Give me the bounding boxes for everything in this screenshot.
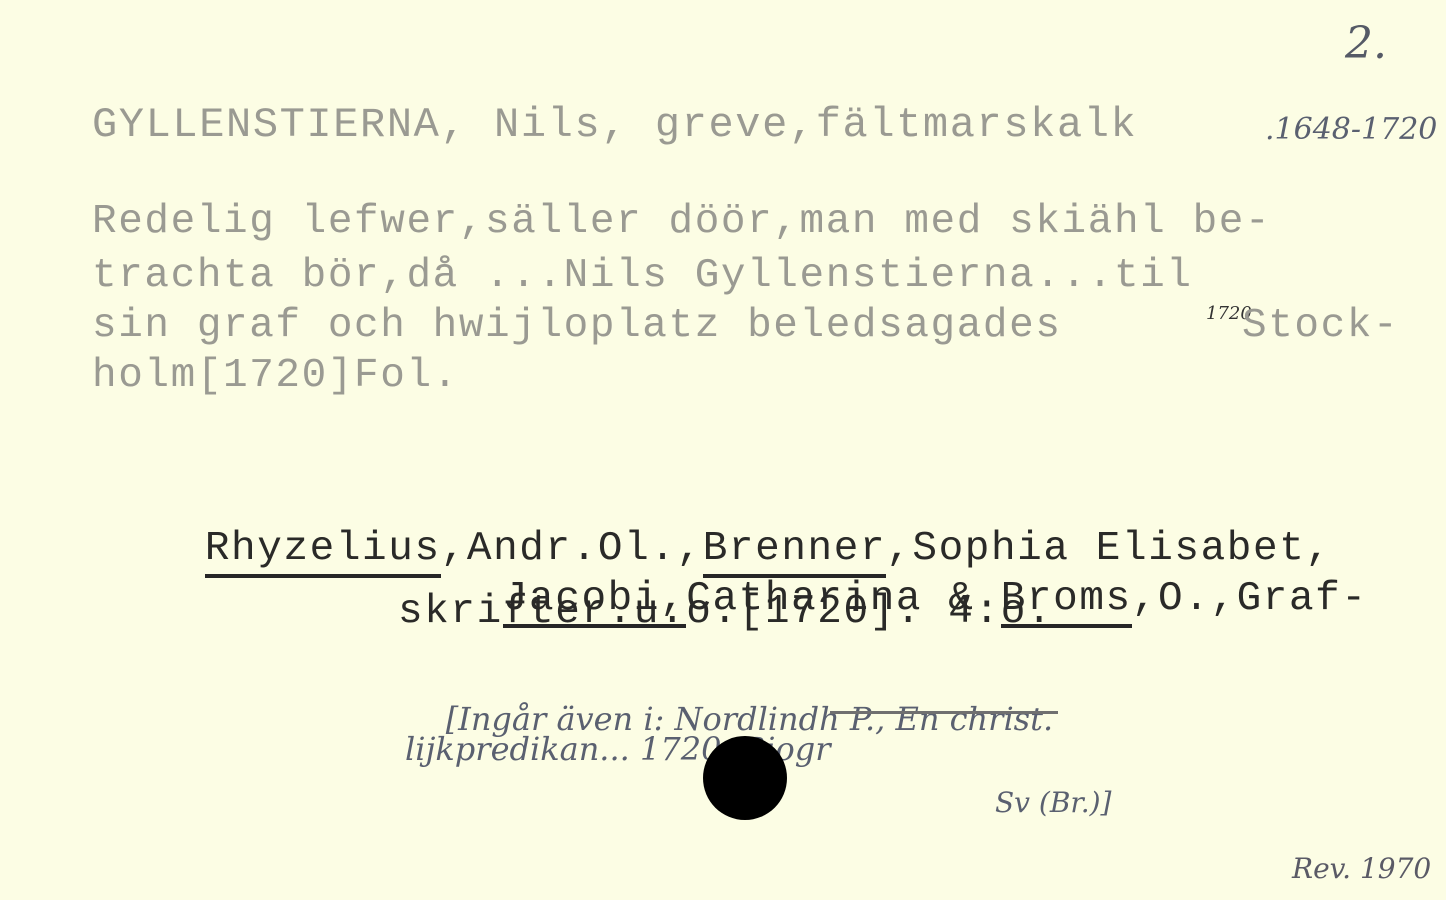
title-line-2: trachta bör,då ...Nils Gyllenstierna...t… bbox=[92, 256, 1193, 297]
note-ref-underline bbox=[830, 711, 1058, 714]
title-line-3-tail: Stock- bbox=[1242, 306, 1399, 347]
note-suffix: , En christ. bbox=[875, 700, 1053, 738]
heading-dates: .1648-1720 bbox=[1265, 112, 1437, 147]
entry-line-2-tail: ,O.,Graf- bbox=[1132, 576, 1368, 622]
revision-note: Rev. 1970 bbox=[1292, 852, 1431, 885]
entry-line-3: skrifter.u.o.[1720]. 4:o. bbox=[398, 592, 1053, 633]
title-line-3: sin graf och hwijloplatz beledsagades bbox=[92, 306, 1062, 347]
heading-name: GYLLENSTIERNA, Nils, greve,fältmarskalk bbox=[92, 104, 1137, 146]
page-number: 2. bbox=[1345, 18, 1387, 69]
handwritten-note-line-3: Sv (Br.)] bbox=[995, 786, 1111, 819]
catalog-card: 2. GYLLENSTIERNA, Nils, greve,fältmarska… bbox=[0, 0, 1446, 900]
title-line-4: holm[1720]Fol. bbox=[92, 356, 459, 397]
title-line-1: Redelig lefwer,säller döör,man med skiäh… bbox=[92, 202, 1271, 243]
punch-hole bbox=[703, 736, 787, 820]
